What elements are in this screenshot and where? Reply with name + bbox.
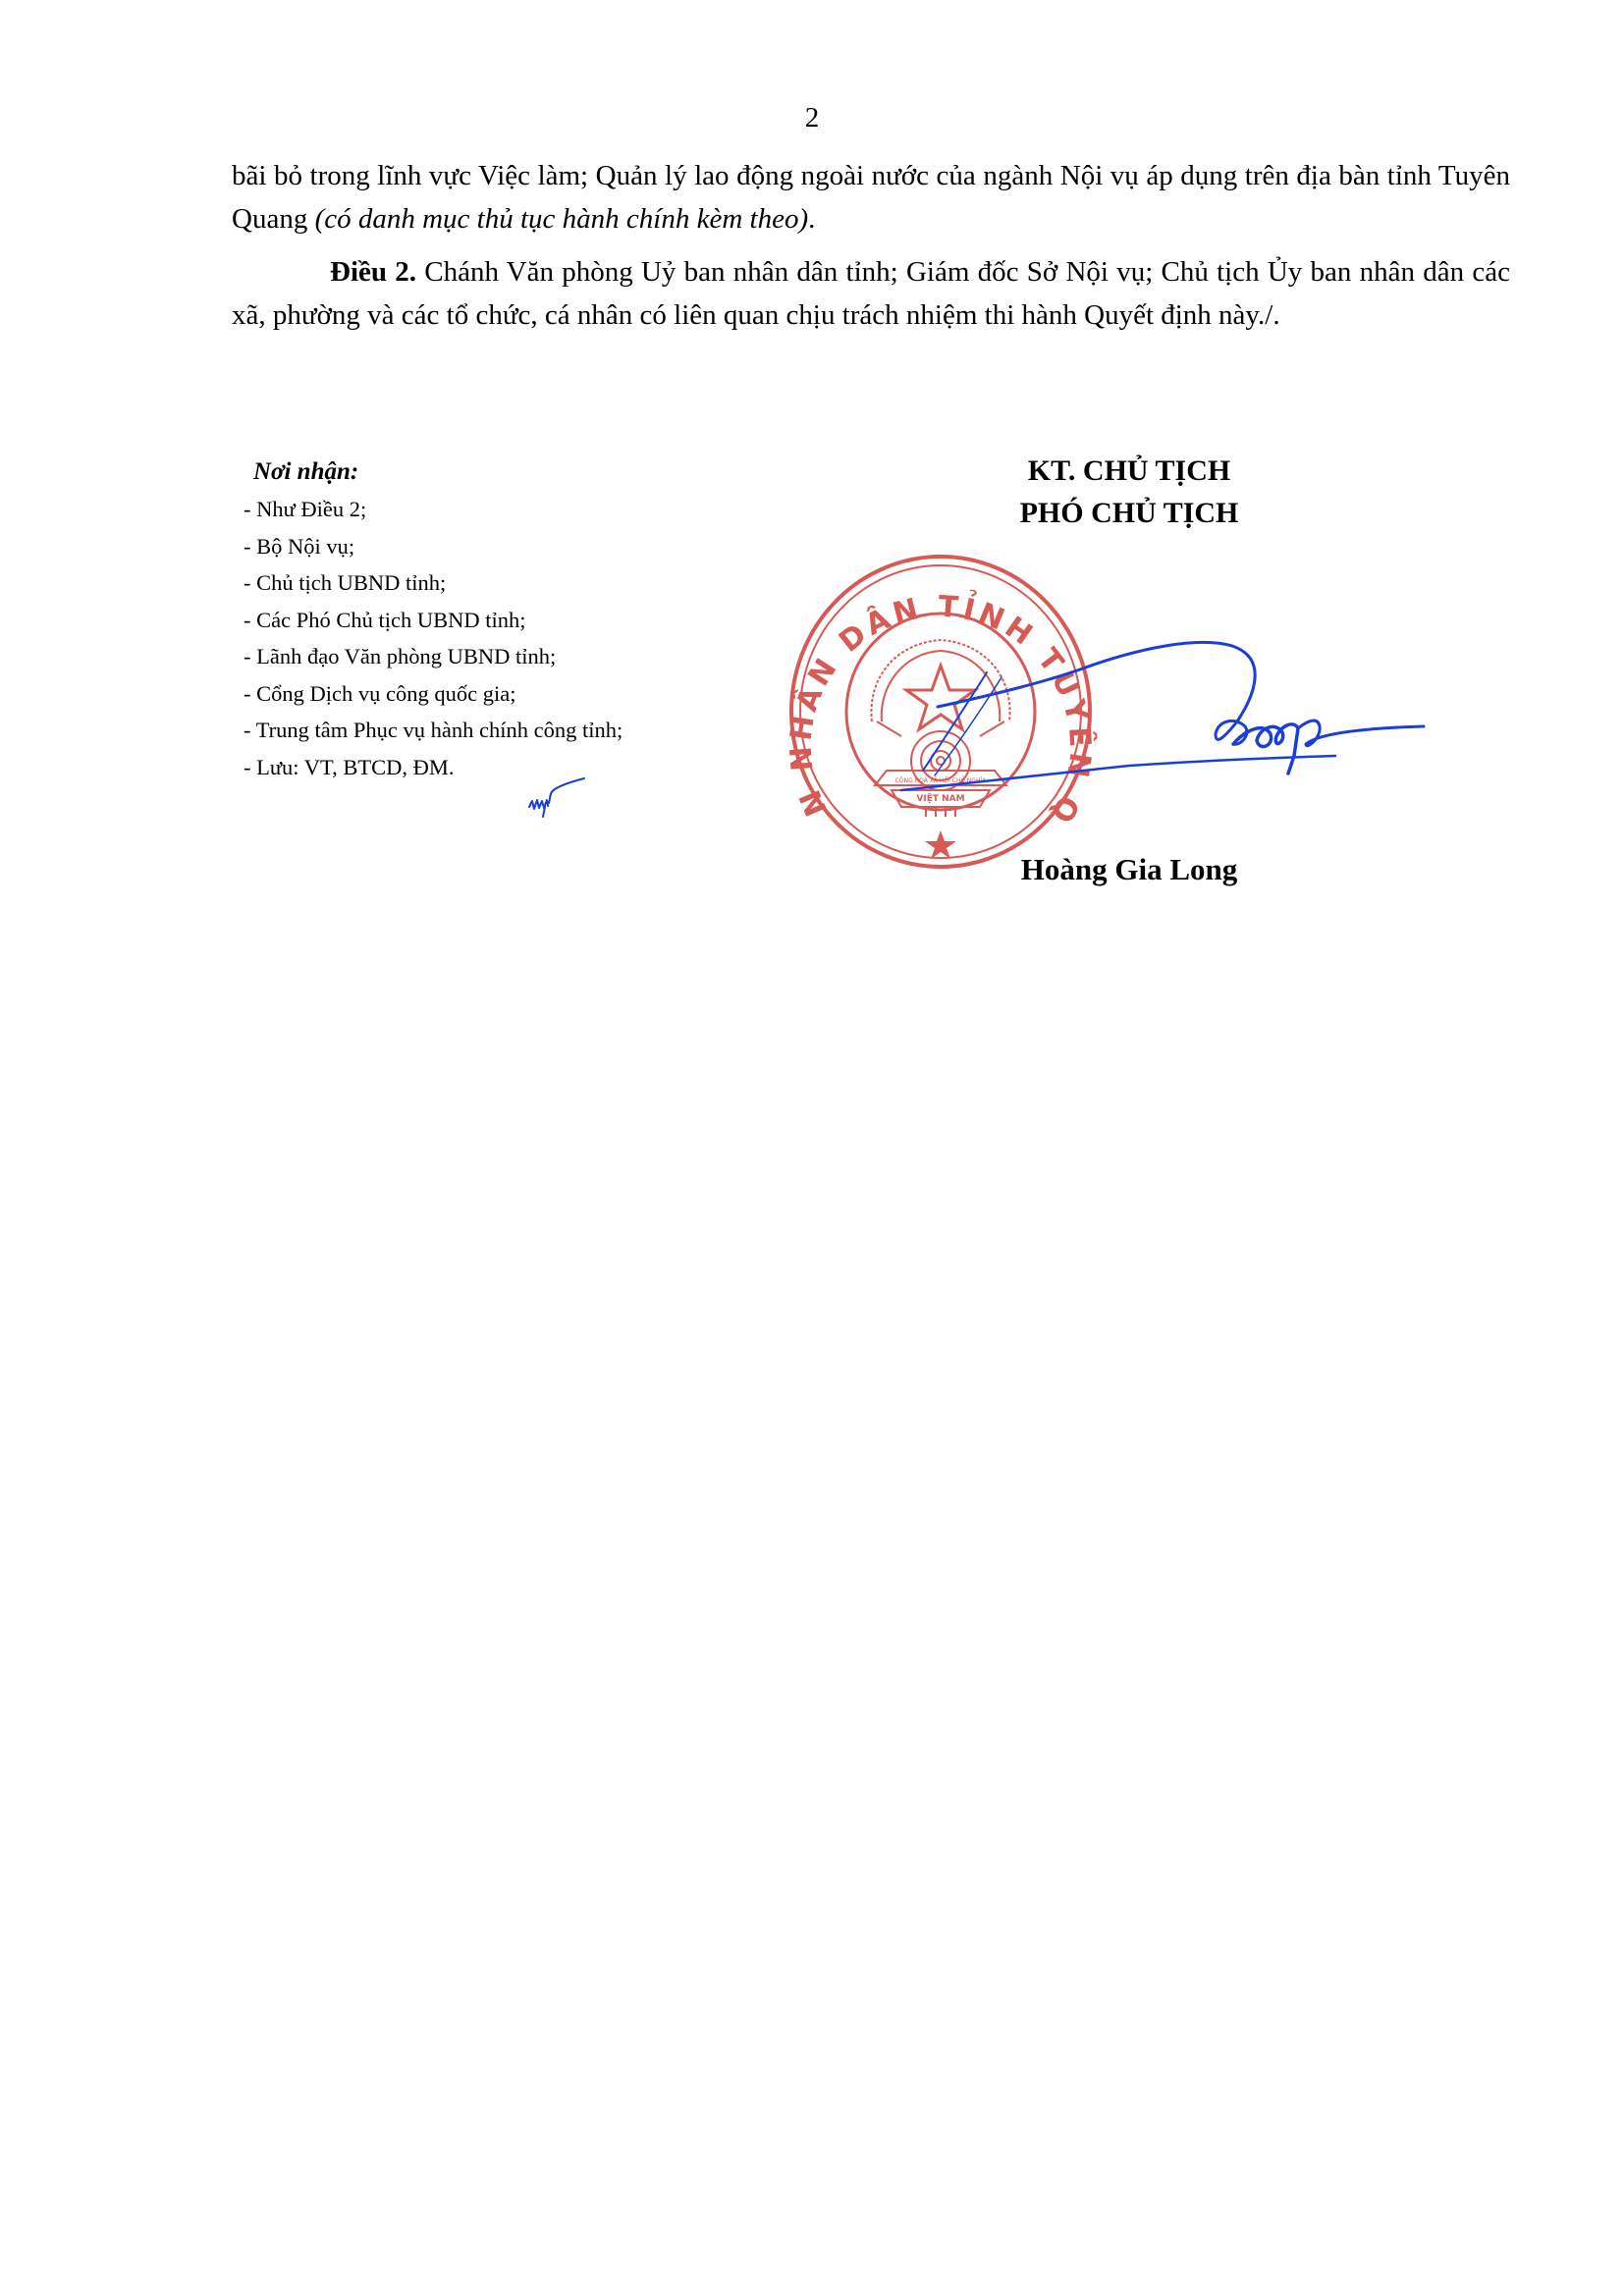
paragraph-continuation: bãi bỏ trong lĩnh vực Việc làm; Quản lý … bbox=[232, 154, 1510, 240]
article-text: Chánh Văn phòng Uỷ ban nhân dân tỉnh; Gi… bbox=[232, 256, 1510, 331]
recipients-block: Nơi nhận: - Như Điều 2; - Bộ Nội vụ; - C… bbox=[244, 454, 793, 785]
recipients-title: Nơi nhận: bbox=[253, 454, 793, 491]
recipient-item: - Lưu: VT, BTCD, ĐM. bbox=[244, 749, 793, 786]
recipient-item: - Chủ tịch UBND tỉnh; bbox=[244, 564, 793, 602]
recipient-item: - Lãnh đạo Văn phòng UBND tỉnh; bbox=[244, 638, 793, 675]
article-2: Điều 2. Chánh Văn phòng Uỷ ban nhân dân … bbox=[232, 250, 1510, 337]
attachment-note: (có danh mục thủ tục hành chính kèm theo… bbox=[315, 203, 809, 235]
recipient-list: - Như Điều 2; - Bộ Nội vụ; - Chủ tịch UB… bbox=[244, 491, 793, 785]
article-label: Điều 2. bbox=[330, 256, 416, 288]
recipient-item: - Các Phó Chủ tịch UBND tỉnh; bbox=[244, 602, 793, 639]
document-body: bãi bỏ trong lĩnh vực Việc làm; Quản lý … bbox=[232, 154, 1510, 337]
recipient-item: - Như Điều 2; bbox=[244, 491, 793, 528]
signature-block: KT. CHỦ TỊCH PHÓ CHỦ TỊCH bbox=[923, 450, 1335, 534]
recipient-item: - Cổng Dịch vụ công quốc gia; bbox=[244, 675, 793, 713]
page-number: 2 bbox=[0, 96, 1624, 139]
signer-name: Hoàng Gia Long bbox=[923, 848, 1335, 891]
signer-authority: KT. CHỦ TỊCH bbox=[923, 450, 1335, 492]
signer-position: PHÓ CHỦ TỊCH bbox=[923, 492, 1335, 534]
handwritten-signature-icon bbox=[844, 618, 1434, 795]
recipient-item: - Trung tâm Phục vụ hành chính công tỉnh… bbox=[244, 712, 793, 749]
initial-mark-icon bbox=[527, 777, 586, 819]
paragraph-end: . bbox=[808, 203, 815, 235]
recipient-item: - Bộ Nội vụ; bbox=[244, 528, 793, 565]
